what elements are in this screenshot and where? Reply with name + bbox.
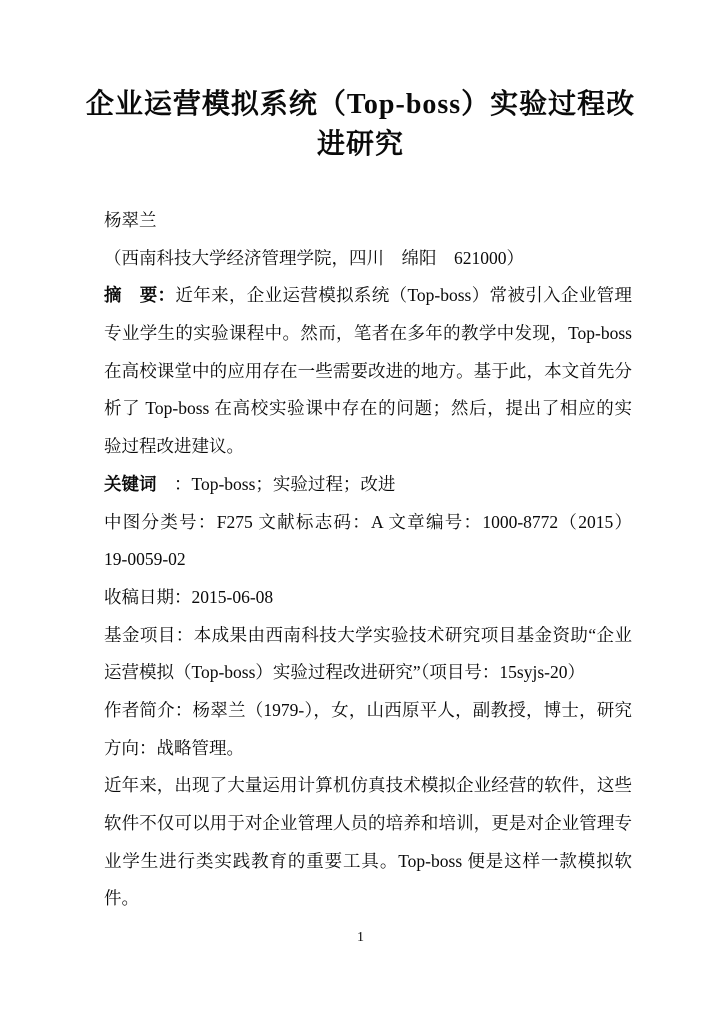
classification-line-2: 19-0059-02 [104, 541, 632, 579]
abstract-line-1: 摘 要：近年来，企业运营模拟系统（Top-boss）常被引入企业管理 [104, 277, 632, 315]
abstract-line-4: 析了 Top-boss 在高校实验课中存在的问题；然后，提出了相应的实 [104, 390, 632, 428]
paper-title-line-1: 企业运营模拟系统（Top-boss）实验过程改 [0, 85, 721, 125]
document-body: 杨翠兰 （西南科技大学经济管理学院，四川 绵阳 621000） 摘 要：近年来，… [104, 202, 632, 918]
keywords-label: 关键词 [104, 474, 157, 494]
intro-paragraph-line-4: 件。 [104, 880, 632, 918]
keywords-line: 关键词 ：Top-boss；实验过程；改进 [104, 466, 632, 504]
author-bio-line-2: 方向：战略管理。 [104, 730, 632, 768]
keywords-text: ：Top-boss；实验过程；改进 [157, 474, 396, 494]
document-page: 企业运营模拟系统（Top-boss）实验过程改 进研究 杨翠兰 （西南科技大学经… [0, 0, 721, 1020]
fund-project-line-1: 基金项目：本成果由西南科技大学实验技术研究项目基金资助“企业 [104, 617, 632, 655]
abstract-line-3: 在高校课堂中的应用存在一些需要改进的地方。基于此，本文首先分 [104, 353, 632, 391]
intro-paragraph-line-1: 近年来，出现了大量运用计算机仿真技术模拟企业经营的软件，这些 [104, 767, 632, 805]
author-bio-line-1: 作者简介：杨翠兰（1979-），女，山西原平人，副教授，博士，研究 [104, 692, 632, 730]
paper-title-line-2: 进研究 [0, 125, 721, 165]
received-date-line: 收稿日期：2015-06-08 [104, 579, 632, 617]
intro-paragraph-line-3: 业学生进行类实践教育的重要工具。Top-boss 便是这样一款模拟软 [104, 843, 632, 881]
abstract-label: 摘 要： [104, 285, 175, 305]
abstract-line-5: 验过程改进建议。 [104, 428, 632, 466]
classification-line-1: 中图分类号：F275 文献标志码：A 文章编号：1000-8772（2015） [104, 504, 632, 542]
affiliation: （西南科技大学经济管理学院，四川 绵阳 621000） [104, 240, 632, 278]
fund-project-line-2: 运营模拟（Top-boss）实验过程改进研究”（项目号：15syjs-20） [104, 654, 632, 692]
author-name: 杨翠兰 [104, 202, 632, 240]
page-number: 1 [0, 929, 721, 947]
paper-title: 企业运营模拟系统（Top-boss）实验过程改 进研究 [0, 85, 721, 165]
intro-paragraph-line-2: 软件不仅可以用于对企业管理人员的培养和培训，更是对企业管理专 [104, 805, 632, 843]
abstract-line-2: 专业学生的实验课程中。然而，笔者在多年的教学中发现，Top-boss [104, 315, 632, 353]
abstract-line-1-text: 近年来，企业运营模拟系统（Top-boss）常被引入企业管理 [175, 285, 632, 305]
